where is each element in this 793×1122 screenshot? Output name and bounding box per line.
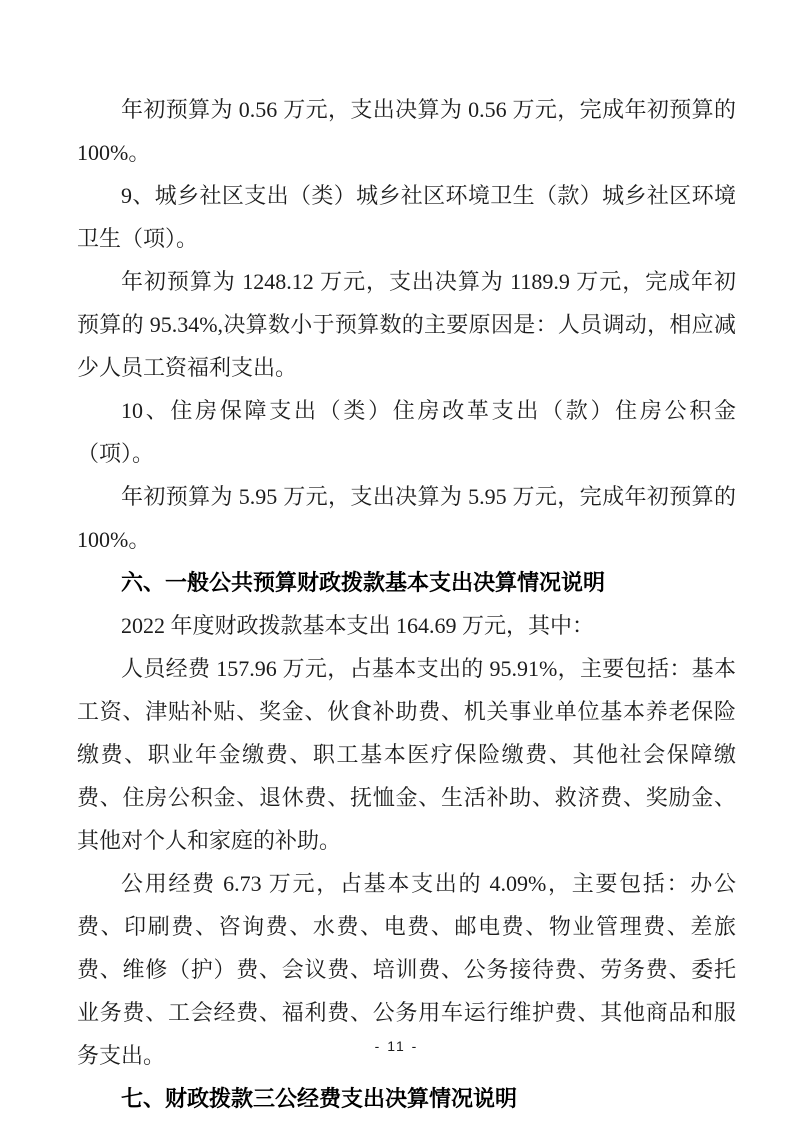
paragraph: 人员经费 157.96 万元，占基本支出的 95.91%，主要包括：基本工资、津…: [77, 647, 736, 862]
document-page: 年初预算为 0.56 万元，支出决算为 0.56 万元，完成年初预算的 100%…: [0, 0, 793, 1122]
paragraph: 2022 年度财政拨款基本支出 164.69 万元，其中：: [77, 604, 736, 647]
paragraph: 9、城乡社区支出（类）城乡社区环境卫生（款）城乡社区环境卫生（项）。: [77, 174, 736, 260]
section-heading: 六、一般公共预算财政拨款基本支出决算情况说明: [77, 561, 736, 604]
paragraph: 10、住房保障支出（类）住房改革支出（款）住房公积金（项）。: [77, 389, 736, 475]
page-number: - 11 -: [0, 1036, 793, 1056]
document-body: 年初预算为 0.56 万元，支出决算为 0.56 万元，完成年初预算的 100%…: [77, 88, 736, 1120]
paragraph: 年初预算为 5.95 万元，支出决算为 5.95 万元，完成年初预算的 100%…: [77, 475, 736, 561]
paragraph: 年初预算为 0.56 万元，支出决算为 0.56 万元，完成年初预算的 100%…: [77, 88, 736, 174]
section-heading: 七、财政拨款三公经费支出决算情况说明: [77, 1077, 736, 1120]
paragraph: 年初预算为 1248.12 万元，支出决算为 1189.9 万元，完成年初预算的…: [77, 260, 736, 389]
